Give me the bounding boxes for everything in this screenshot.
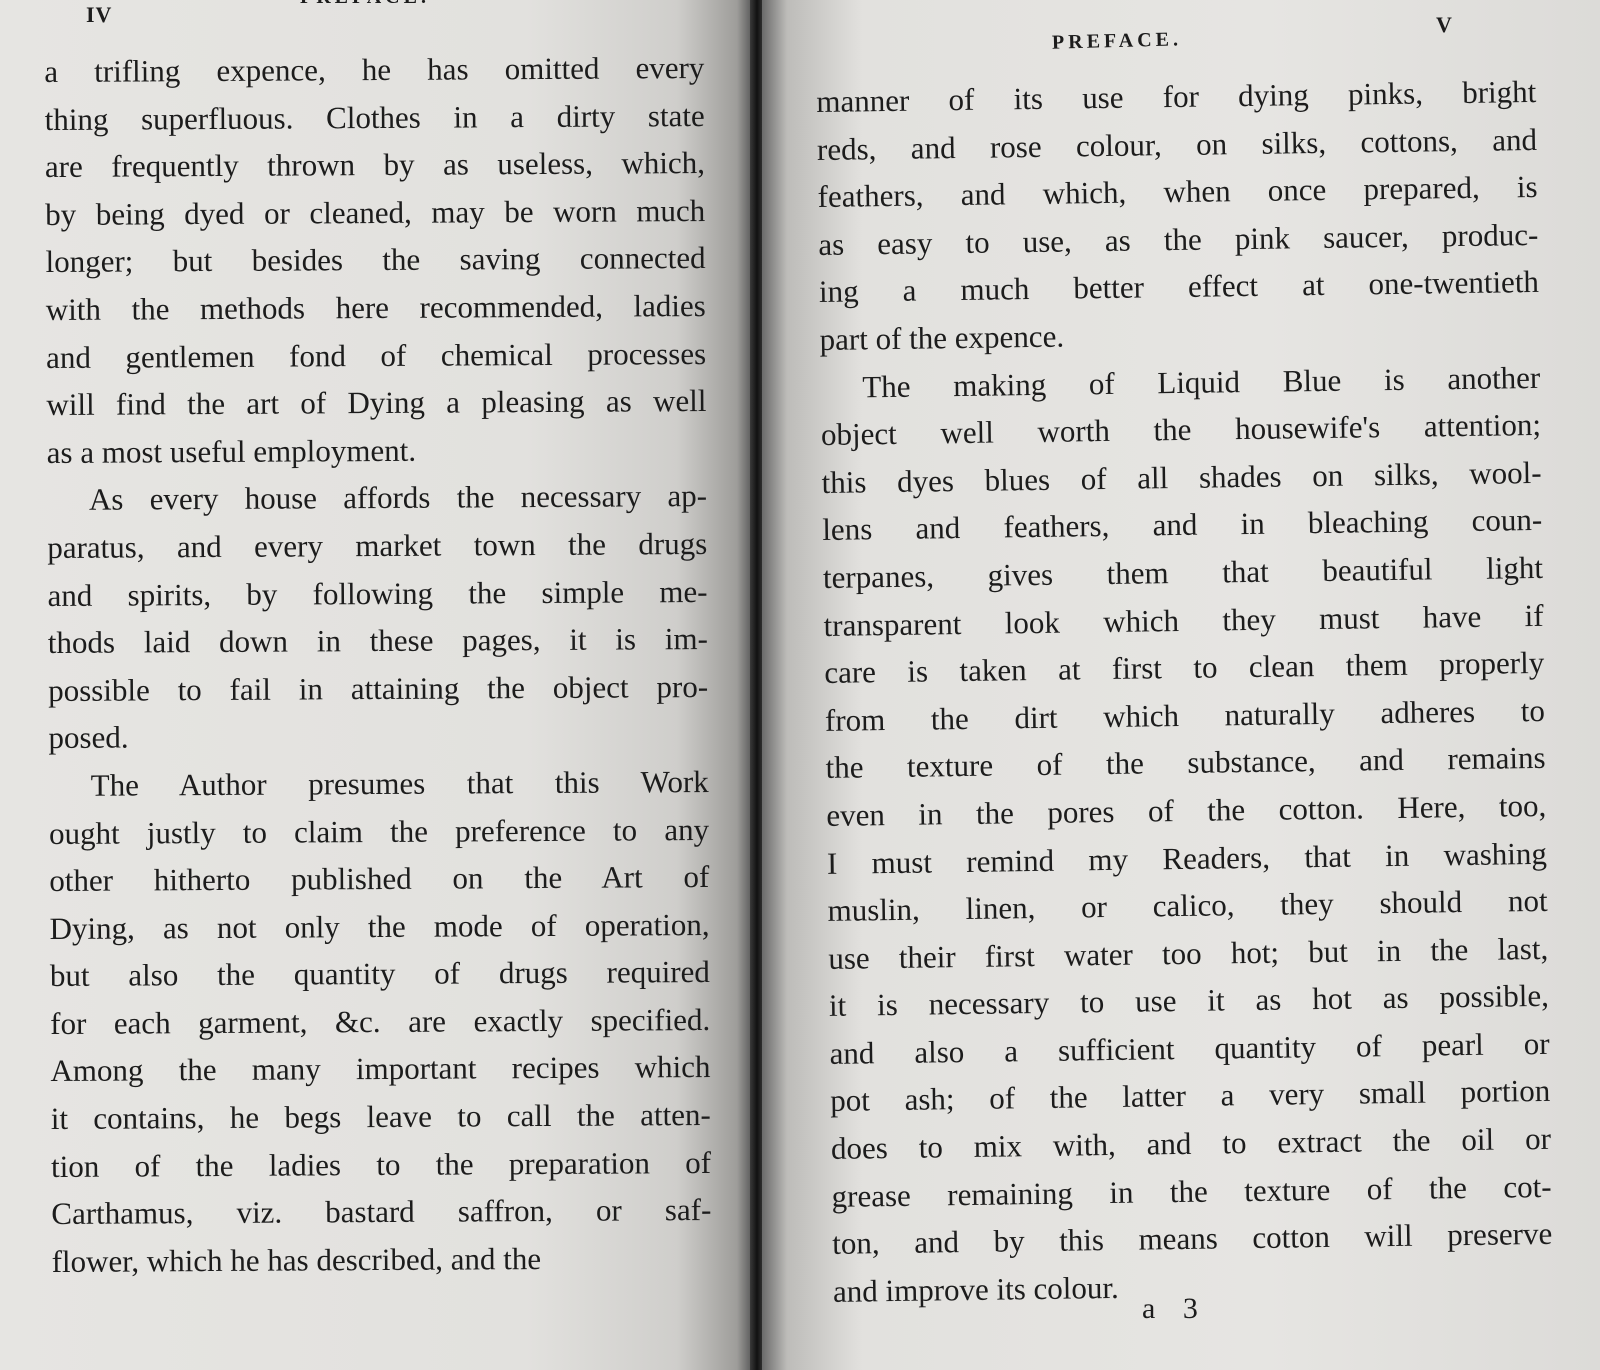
text-line: will find the art of Dying a pleasing as… xyxy=(46,377,706,429)
signature-mark: a 3 xyxy=(1142,1292,1208,1326)
running-head-right: PREFACE. xyxy=(1052,28,1183,54)
text-line: As every house affords the necessary ap- xyxy=(47,472,707,524)
text-line: as a most useful employment. xyxy=(47,425,707,477)
text-line: flower, which he has described, and the xyxy=(51,1234,711,1286)
text-line: longer; but besides the saving connected xyxy=(45,234,705,286)
text-line: Among the many important recipes which xyxy=(50,1043,710,1095)
text-line: it contains, he begs leave to call the a… xyxy=(51,1091,711,1143)
text-line: Carthamus, viz. bastard saffron, or saf- xyxy=(51,1186,711,1238)
text-line: ought justly to claim the preference to … xyxy=(49,805,709,857)
text-line: tion of the ladies to the preparation of xyxy=(51,1139,711,1191)
text-line: for each garment, &c. are exactly specif… xyxy=(50,996,710,1048)
text-line: posed. xyxy=(48,710,708,762)
right-page: V PREFACE. manner of its use for dying p… xyxy=(762,0,1600,1370)
right-page-text: manner of its use for dying pinks, brigh… xyxy=(816,68,1553,1315)
running-head-left: PREFACE. xyxy=(300,0,430,9)
text-line: possible to fail in attaining the object… xyxy=(48,663,708,715)
text-line: by being dyed or cleaned, may be worn mu… xyxy=(45,187,705,239)
page-number-left: IV xyxy=(86,2,112,28)
text-line: but also the quantity of drugs required xyxy=(50,948,710,1000)
page-number-right: V xyxy=(1436,12,1453,38)
text-line: with the methods here recommended, ladie… xyxy=(46,282,706,334)
text-line: paratus, and every market town the drugs xyxy=(47,520,707,572)
text-line: other hitherto published on the Art of xyxy=(49,853,709,905)
text-line: ing a much better effect at one-twentiet… xyxy=(819,258,1540,316)
text-line: Dying, as not only the mode of operation… xyxy=(49,901,709,953)
text-line: thing superfluous. Clothes in a dirty st… xyxy=(45,92,705,144)
left-page: IV PREFACE. a trifling expence, he has o… xyxy=(0,0,752,1370)
text-line: The Author presumes that this Work xyxy=(49,758,709,810)
text-line: and gentlemen fond of chemical processes xyxy=(46,330,706,382)
text-line: a trifling expence, he has omitted every xyxy=(44,44,704,96)
text-line: are frequently thrown by as useless, whi… xyxy=(45,139,705,191)
left-page-text: a trifling expence, he has omitted every… xyxy=(44,44,712,1285)
text-line: thods laid down in these pages, it is im… xyxy=(48,615,708,667)
text-line: ton, and by this means cotton will prese… xyxy=(832,1210,1553,1268)
text-line: and spirits, by following the simple me- xyxy=(47,568,707,620)
